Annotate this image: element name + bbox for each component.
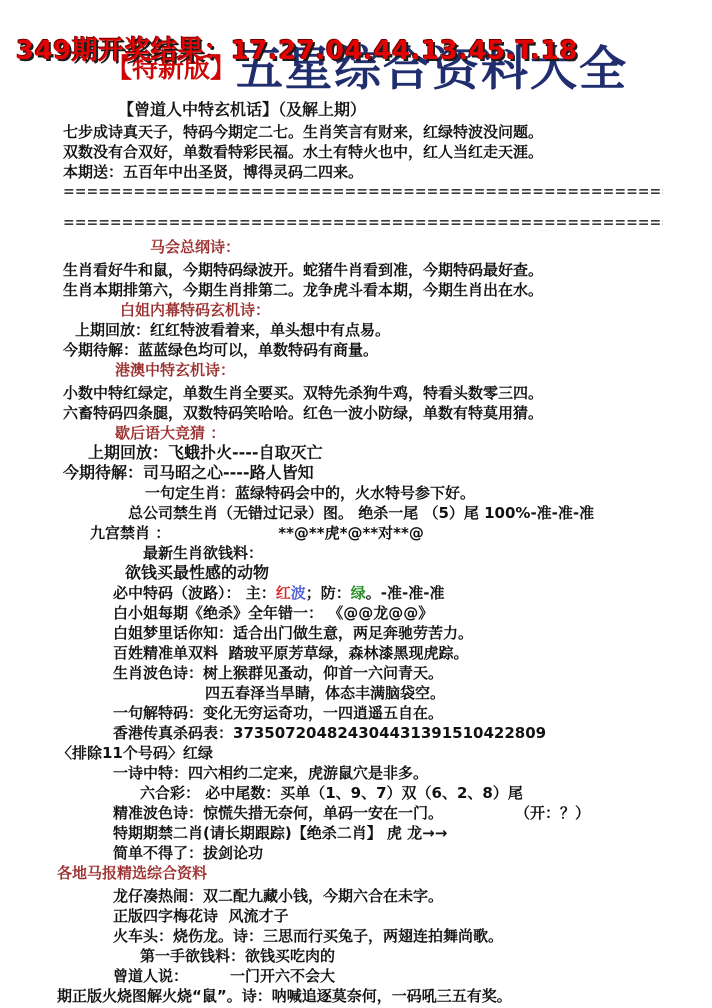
intro-line-2: 双数没有合双好，单数看特彩民福。水土有特火也中，红人当红走天涯。 <box>63 142 712 162</box>
intro-line-1: 七步成诗真天子，特码今期定二七。生肖笑言有财来，红绿特波没问题。 <box>63 122 712 142</box>
page-subtitle: 【曾道人中特玄机话】（及解上期） <box>118 97 366 120</box>
jiugong-line: 九宫禁肖 ：**@**虎*@**对**@ <box>90 523 712 543</box>
section-heading-baijie-neimu: 白姐内幕特码玄机诗： <box>120 300 712 320</box>
section-heading-gedi: 各地马报精选综合资料 <box>57 863 712 883</box>
wave-blue-char: 波 <box>291 584 306 602</box>
page-header: 349期开奖结果：17.27.04.44.13.45.T.18 【特新版】 五星… <box>0 0 712 118</box>
huoshao-line: 期正版火烧图解火烧“鼠”。诗：呐喊追逐莫奈何，一码吼三五有奖。 <box>57 986 712 1006</box>
xiehouyu-prev-line: 上期回放：飞蛾扑火----自取灭亡 <box>88 443 712 463</box>
divider-line: ========================================… <box>63 182 663 202</box>
jiugong-value: **@**虎*@**对**@ <box>278 524 424 542</box>
liuhecai-line: 六合彩： 必中尾数：买单（1、9、7）双（6、2、8）尾 <box>140 783 712 803</box>
jingzhun-open: （开：？） <box>515 804 590 822</box>
jingzhun-text: 精准波色诗：惊慌失措无奈何，单码一安在一门。 <box>113 804 443 822</box>
zhengban-line: 正版四字梅花诗 风流才子 <box>113 906 712 926</box>
bizhong-mid: ；防： <box>306 584 351 602</box>
yiju-shengxiao-line: 一句定生肖：蓝绿特码会中的，火水特号参下好。 <box>145 483 712 503</box>
page-body: 七步成诗真天子，特码今期定二七。生肖笑言有财来，红绿特波没问题。 双数没有合双好… <box>0 118 712 1006</box>
section-heading-mahui: 马会总纲诗： <box>150 237 712 257</box>
wave-green-char: 绿 <box>351 584 366 602</box>
yiju-tema-line: 一句解特码：变化无穷运奇功，一四逍遥五自在。 <box>113 703 712 723</box>
huochetou-line: 火车头：烧伤龙。诗：三思而行买兔子，两翅连拍舞尚歌。 <box>113 926 712 946</box>
zuixin-heading: 最新生肖欲钱料： <box>143 543 712 563</box>
bose-line-2: 四五春泽当旱睛，体态丰满脑袋空。 <box>205 683 712 703</box>
baixiaojie-line: 白小姐每期《绝杀》全年错一： 《@@龙@@》 <box>113 603 712 623</box>
lottery-info-sheet: 349期开奖结果：17.27.04.44.13.45.T.18 【特新版】 五星… <box>0 0 712 1008</box>
bizhong-suffix: 。-准-准-准 <box>366 584 445 602</box>
paichu-line: 〈排除11个号码〉红绿 <box>57 743 712 763</box>
baixing-line: 百姓精准单双料 踏玻平原芳草绿，森林漆黑现虎踪。 <box>113 643 712 663</box>
mahui-line-2: 生肖本期排第六，今期生肖排第二。龙争虎斗看本期，今期生肖出在水。 <box>63 280 712 300</box>
teqi-line: 特期期禁二肖(请长期跟踪)【绝杀二肖】 虎 龙→→ <box>113 823 712 843</box>
section-heading-gangao: 港澳中特玄机诗： <box>115 360 712 380</box>
divider-line: ========================================… <box>63 213 663 233</box>
gangao-line-2: 六畜特码四条腿，双数特码笑哈哈。红色一波小防绿，单数有特莫用猜。 <box>63 403 712 423</box>
gangao-line-1: 小数中特红绿定，单数生肖全要买。双特先杀狗牛鸡，特看头数零三四。 <box>63 383 712 403</box>
intro-send-line: 本期送：五百年中出圣贤，博得灵码二四来。 <box>63 162 712 182</box>
zengdaoren-label: 曾道人说： <box>113 967 188 985</box>
baijie-cur-line: 今期待解：蓝蓝绿色均可以，单数特码有商量。 <box>63 340 712 360</box>
xiehouyu-cur-line: 今期待解：司马昭之心----路人皆知 <box>63 463 712 483</box>
bizhong-line: 必中特码（波路）： 主：红波；防：绿。-准-准-准 <box>113 583 712 603</box>
draw-result-banner: 349期开奖结果：17.27.04.44.13.45.T.18 <box>16 30 578 67</box>
baijie-prev-line: 上期回放：红红特波看着来，单头想中有点易。 <box>75 320 712 340</box>
zengdaoren-value: 一门开六不会大 <box>230 967 335 985</box>
mahui-line-1: 生肖看好牛和鼠，今期特码绿波开。蛇猪牛肖看到准，今期特码最好查。 <box>63 260 712 280</box>
jingzhun-line: 精准波色诗：惊慌失措无奈何，单码一安在一门。（开：？） <box>113 803 712 823</box>
bizhong-prefix: 必中特码（波路）： 主： <box>113 584 276 602</box>
jiandan-line: 简单不得了：拔剑论功 <box>113 843 712 863</box>
wave-red-char: 红 <box>276 584 291 602</box>
baijie-meng-line: 白姐梦里话你知：适合出门做生意，两足奔驰劳苦力。 <box>113 623 712 643</box>
bose-line-1: 生肖波色诗：树上猴群见蚤动，仰首一六问青天。 <box>113 663 712 683</box>
section-heading-xiehouyu: 歇后语大竞猜 ： <box>115 423 712 443</box>
yishi-line: 一诗中特：四六相约二定来，虎游鼠穴是非多。 <box>113 763 712 783</box>
zengdaoren-line: 曾道人说：一门开六不会大 <box>113 966 712 986</box>
longzai-line: 龙仔凑热闹：双二配九藏小钱，今期六合在未字。 <box>113 886 712 906</box>
chuanzhen-line: 香港传真杀码表：373507204824304431391510422809 <box>113 723 712 743</box>
zonggongsi-line: 总公司禁生肖（无错过记录）图。 绝杀一尾 （5）尾 100%-准-准-准 <box>128 503 712 523</box>
jiugong-label: 九宫禁肖 ： <box>90 524 170 542</box>
yuqian-line: 欲钱买最性感的动物 <box>125 563 712 583</box>
diyishou-line: 第一手欲钱料：欲钱买吃肉的 <box>140 946 712 966</box>
